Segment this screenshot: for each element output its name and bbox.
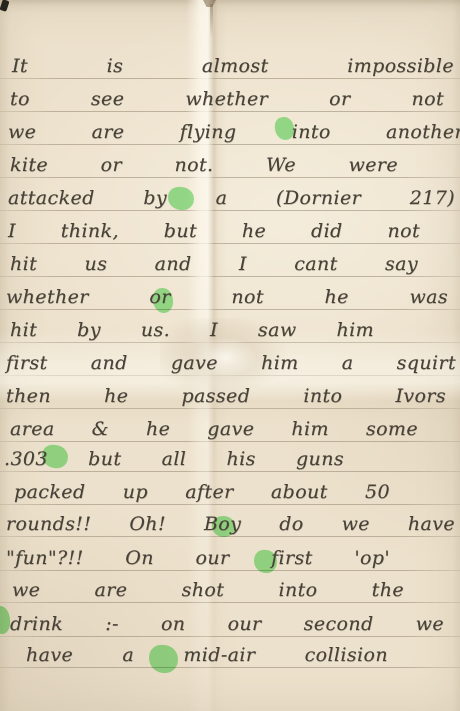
letter-line: rounds!! Oh! Boy do we have — [6, 511, 455, 541]
letter-photo: It is almost impossibleto see whether or… — [0, 0, 460, 711]
letter-line: attacked by a (Dornier 217) — [8, 185, 455, 215]
fold-top-crease-line — [210, 4, 213, 38]
letter-line: to see whether or not — [10, 86, 444, 116]
letter-line: hit us and I cant say — [10, 251, 418, 281]
letter-line: we are shot into the — [12, 577, 404, 607]
letter-line: I think, but he did not — [8, 218, 420, 248]
letter-line: kite or not. We were — [10, 152, 398, 182]
letter-line: hit by us. I saw him — [10, 317, 374, 347]
letter-line: packed up after about 50 — [14, 479, 390, 509]
letter-line: whether or not he was — [6, 284, 448, 314]
letter-line: drink :- on our second we — [10, 611, 444, 641]
letter-line: then he passed into Ivors — [6, 383, 446, 413]
letter-line: .303 but all his guns — [4, 446, 344, 476]
letter-line: we are flying into another — [8, 119, 460, 149]
letter-line: have a mid-air collision — [26, 642, 388, 672]
letter-line: It is almost impossible — [12, 53, 454, 83]
corner-speck — [0, 0, 10, 12]
letter-line: first and gave him a squirt — [6, 350, 456, 380]
letter-line: area & he gave him some — [10, 416, 418, 446]
letter-line: "fun"?!! On our first 'op' — [6, 545, 390, 575]
